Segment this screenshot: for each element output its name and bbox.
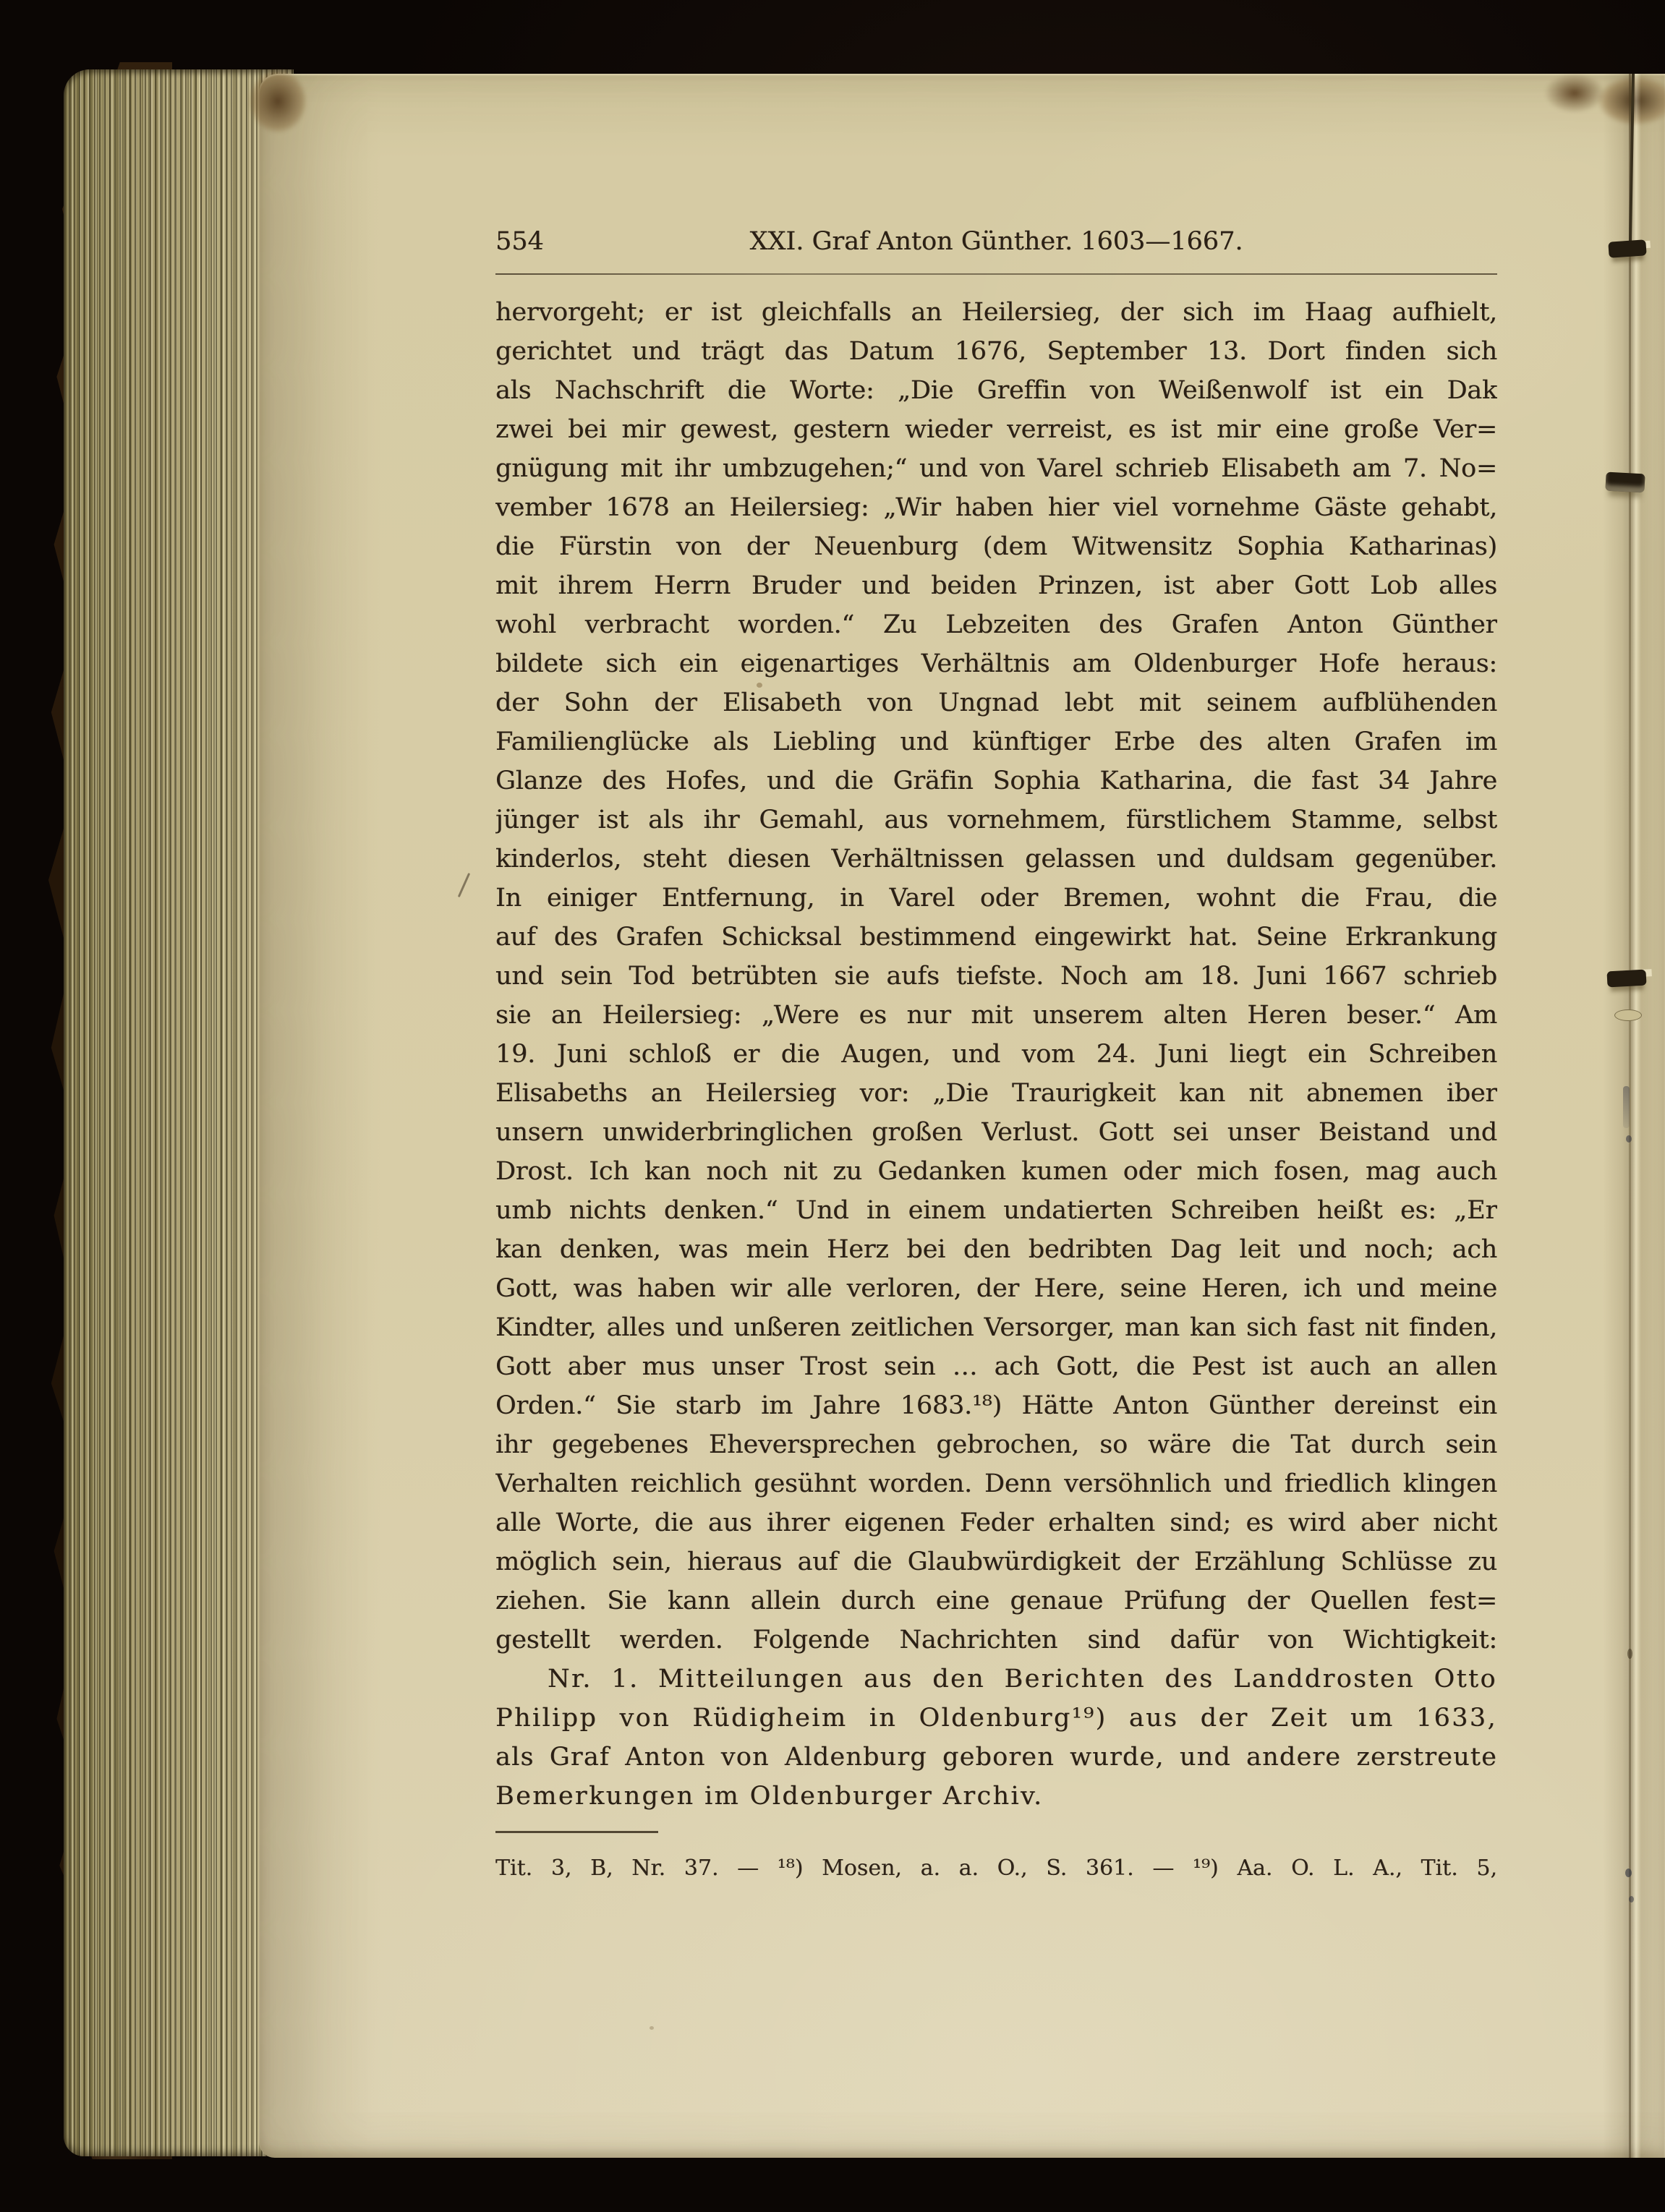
text-line: möglich sein, hieraus auf die Glaubwürdi… <box>495 1542 1497 1581</box>
text-line: Glanze des Hofes, und die Gräfin Sophia … <box>495 761 1497 800</box>
text-line: mit ihrem Herrn Bruder und beiden Prinze… <box>495 566 1497 605</box>
text-line: unsern unwiderbringlichen großen Verlust… <box>495 1113 1497 1152</box>
text-line: ziehen. Sie kann allein durch eine genau… <box>495 1581 1497 1620</box>
text-line: alle Worte, die aus ihrer eigenen Feder … <box>495 1503 1497 1542</box>
text-line: kan denken, was mein Herz bei den bedrib… <box>495 1230 1497 1269</box>
footnote-rule <box>495 1831 658 1833</box>
text-line: ihr gegebenes Eheversprechen gebrochen, … <box>495 1425 1497 1464</box>
gutter-shading <box>1603 74 1665 2158</box>
header-rule <box>495 273 1497 275</box>
text-line: Elisabeths an Heilersieg vor: „Die Traur… <box>495 1074 1497 1113</box>
binding-stitch <box>1605 472 1645 493</box>
text-line: hervorgeht; er ist gleichfalls an Heiler… <box>495 293 1497 332</box>
text-line: sie an Heilersieg: „Were es nur mit unse… <box>495 996 1497 1035</box>
text-line: Orden.“ Sie starb im Jahre 1683.¹⁸) Hätt… <box>495 1386 1497 1425</box>
running-header: XXI. Graf Anton Günther. 1603—1667. <box>495 223 1497 260</box>
text-line: In einiger Entfernung, in Varel oder Bre… <box>495 879 1497 918</box>
text-line: Nr. 1. Mitteilungen aus den Berichten de… <box>495 1660 1497 1699</box>
text-line: Philipp von Rüdigheim in Oldenburg¹⁹) au… <box>495 1699 1497 1738</box>
ink-smudge <box>1623 1086 1630 1128</box>
ink-dot <box>1629 1896 1634 1903</box>
page-header: 554 XXI. Graf Anton Günther. 1603—1667. <box>495 223 1497 263</box>
text-line: Gott aber mus unser Trost sein … ach Got… <box>495 1347 1497 1386</box>
binding-tear <box>1614 1009 1642 1021</box>
text-line: Bemerkungen im Oldenburger Archiv. <box>495 1777 1497 1816</box>
text-line: die Fürstin von der Neuenburg (dem Witwe… <box>495 527 1497 566</box>
book-page: 554 XXI. Graf Anton Günther. 1603—1667. … <box>259 74 1665 2158</box>
text-line: und sein Tod betrübten sie aufs tiefste.… <box>495 957 1497 996</box>
text-line: Drost. Ich kan noch nit zu Gedanken kume… <box>495 1152 1497 1191</box>
text-line: gnügung mit ihr umbzugehen;“ und von Var… <box>495 449 1497 488</box>
text-line: Kindter, alles und unßeren zeitlichen Ve… <box>495 1308 1497 1347</box>
text-line: zwei bei mir gewest, gestern wieder verr… <box>495 410 1497 449</box>
text-line: kinderlos, steht diesen Verhältnissen ge… <box>495 840 1497 879</box>
ink-dot <box>1626 1135 1632 1143</box>
text-line: auf des Grafen Schicksal bestimmend eing… <box>495 918 1497 957</box>
text-line: Familienglücke als Liebling und künftige… <box>495 722 1497 761</box>
binding-stitch <box>1606 970 1646 988</box>
body-text: hervorgeht; er ist gleichfalls an Heiler… <box>495 293 1497 1816</box>
text-line: 19. Juni schloß er die Augen, und vom 24… <box>495 1035 1497 1074</box>
corner-stain-top-left <box>246 64 325 158</box>
text-line: vember 1678 an Heilersieg: „Wir haben hi… <box>495 488 1497 527</box>
ink-dot <box>1627 1649 1632 1659</box>
binding-stitch <box>1608 239 1646 258</box>
margin-slash-mark <box>458 873 470 897</box>
paper-speck <box>650 2026 654 2030</box>
text-line: als Nachschrift die Worte: „Die Greffin … <box>495 371 1497 410</box>
footnote: Tit. 3, B, Nr. 37. — ¹⁸) Mosen, a. a. O.… <box>495 1853 1497 1884</box>
text-line: gerichtet und trägt das Datum 1676, Sept… <box>495 332 1497 371</box>
text-line: der Sohn der Elisabeth von Ungnad lebt m… <box>495 683 1497 722</box>
text-line: Gott, was haben wir alle verloren, der H… <box>495 1269 1497 1308</box>
text-line: umb nichts denken.“ Und in einem undatie… <box>495 1191 1497 1230</box>
text-line: als Graf Anton von Aldenburg geboren wur… <box>495 1738 1497 1777</box>
text-line: jünger ist als ihr Gemahl, aus vornehmem… <box>495 800 1497 840</box>
text-line: gestellt werden. Folgende Nachrichten si… <box>495 1620 1497 1660</box>
text-line: bildete sich ein eigenartiges Verhältnis… <box>495 644 1497 683</box>
text-line: wohl verbracht worden.“ Zu Lebzeiten des… <box>495 605 1497 644</box>
text-line: Verhalten reichlich gesühnt worden. Denn… <box>495 1464 1497 1503</box>
ink-dot <box>1625 1869 1632 1877</box>
book-photo: 554 XXI. Graf Anton Günther. 1603—1667. … <box>0 0 1665 2212</box>
